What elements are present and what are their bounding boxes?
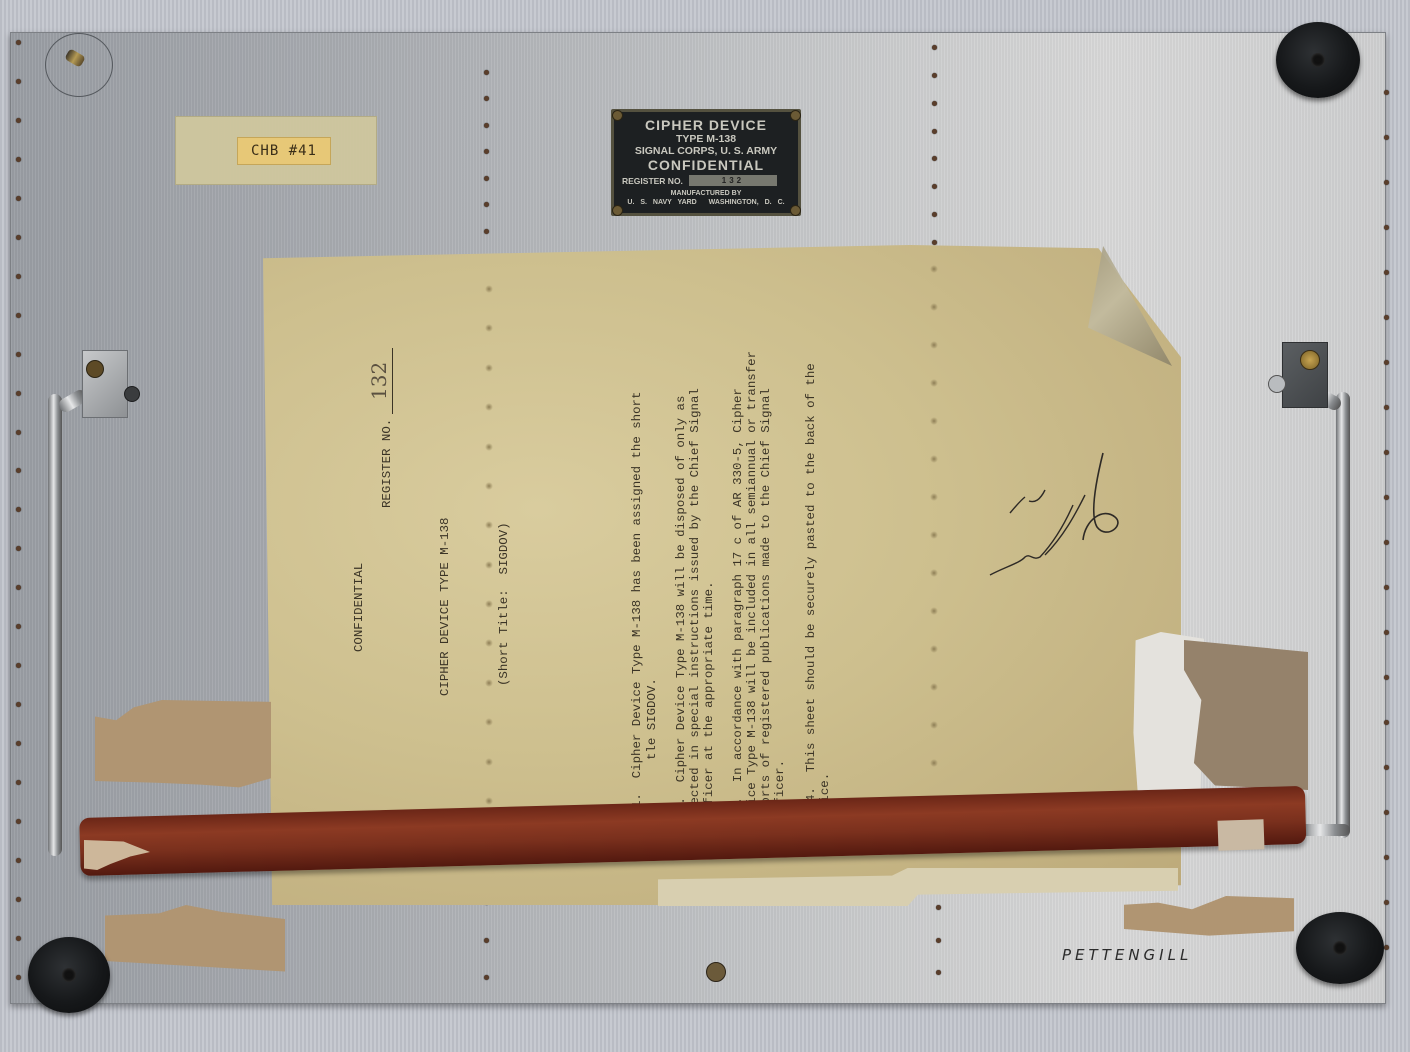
dimple-icon [930,759,938,767]
rivet-icon [1384,495,1389,500]
nameplate-title: CIPHER DEVICE [614,118,798,133]
nameplate-register-row: REGISTER NO. 132 [614,175,798,186]
screw-icon [790,110,801,121]
doc-para-2-line-1: 2. Cipher Device Type M-138 will be disp… [674,396,688,812]
rivet-icon [932,184,937,189]
nameplate-classification: CONFIDENTIAL [614,157,798,173]
bracket-screw-icon [86,360,104,378]
rivet-dimples-right [930,265,940,805]
rubber-foot-bottom-left [28,937,110,1013]
rivet-icon [1384,360,1389,365]
rivet-icon [1384,90,1389,95]
rivet-icon [1384,720,1389,725]
rivet-icon [1384,180,1389,185]
doc-para-3-line-1: 3. In accordance with paragraph 17 c of … [731,388,745,812]
rivet-icon [484,938,489,943]
rivet-icon [16,235,21,240]
rivet-icon [932,73,937,78]
rivet-icon [1384,405,1389,410]
nameplate-type: TYPE M-138 [614,133,798,145]
rivet-dimples-left [485,285,495,805]
rivet-icon [16,430,21,435]
dimple-icon [485,403,493,411]
rivet-icon [16,819,21,824]
rivet-icon [16,741,21,746]
rivet-icon [1384,900,1389,905]
doc-classification: CONFIDENTIAL [352,563,366,652]
screw-icon [790,205,801,216]
foot-hub-icon [62,968,76,982]
rubber-foot-bottom-right [1296,912,1384,984]
rivet-icon [16,780,21,785]
rivet-icon [1384,765,1389,770]
rivet-icon [16,936,21,941]
rivet-icon [936,938,941,943]
doc-para-2-line-2: rected in special instructions issued by… [688,388,702,812]
dimple-icon [930,303,938,311]
dimple-icon [930,607,938,615]
rivet-column-right [1384,90,1389,950]
dimple-icon [930,417,938,425]
register-underline [392,348,393,414]
nameplate-register-value: 132 [689,175,777,186]
doc-register-label: REGISTER NO. [380,419,394,508]
rivet-icon [1384,135,1389,140]
rivet-icon [16,313,21,318]
thumb-screw-icon [1268,375,1286,393]
dimple-icon [485,679,493,687]
dimple-icon [485,364,493,372]
rivet-icon [484,96,489,101]
dimple-icon [485,758,493,766]
dimple-icon [930,265,938,273]
rivet-icon [932,101,937,106]
rivet-icon [932,156,937,161]
slotted-screw-icon [706,962,726,982]
rivet-icon [484,202,489,207]
rivet-icon [932,45,937,50]
rivet-icon [484,975,489,980]
rivet-icon [16,274,21,279]
pencil-inscription: PETTENGILL [1062,946,1192,964]
rivet-icon [1384,810,1389,815]
doc-para-1-line-1: 1. Cipher Device Type M-138 has been ass… [630,392,644,808]
bracket-screw-icon [1300,350,1320,370]
rivet-icon [16,585,21,590]
signature [985,445,1135,585]
doc-para-4-line-1: 4. This sheet should be securely pasted … [804,363,818,802]
screw-icon [612,205,623,216]
rivet-column-left [16,40,21,980]
rivet-icon [1384,630,1389,635]
rivet-icon [16,702,21,707]
rivet-icon [484,123,489,128]
rivet-icon [1384,675,1389,680]
rivet-icon [16,546,21,551]
rivet-icon [16,975,21,980]
dimple-icon [485,600,493,608]
nameplate-maker-city: WASHINGTON, D. C. [709,199,785,206]
dimple-icon [930,531,938,539]
dimple-icon [930,341,938,349]
rivet-icon [16,507,21,512]
rivet-icon [16,897,21,902]
rivet-icon [1384,855,1389,860]
dimple-icon [485,639,493,647]
handle-tape-patch [1217,819,1264,851]
nameplate: CIPHER DEVICE TYPE M-138 SIGNAL CORPS, U… [611,109,801,216]
thumb-screw-icon [124,386,140,402]
doc-short-title: (Short Title: SIGDOV) [497,522,511,686]
doc-title: CIPHER DEVICE TYPE M-138 [438,518,452,696]
nameplate-manufactured-by: MANUFACTURED BY [614,189,798,198]
rubber-foot-top-right [1276,22,1360,98]
rivet-column-2 [484,70,489,260]
dimple-icon [485,797,493,805]
rivet-icon [936,970,941,975]
rivet-icon [484,229,489,234]
rivet-icon [932,129,937,134]
dimple-icon [485,482,493,490]
dimple-icon [485,443,493,451]
doc-para-2-line-3: fficer at the appropriate time. [702,581,716,812]
rivet-icon [484,176,489,181]
screw-icon [612,110,623,121]
rivet-icon [16,118,21,123]
rivet-icon [16,391,21,396]
chb-label: CHB #41 [237,137,331,165]
rivet-icon [1384,315,1389,320]
doc-para-3-line-2: vice Type M-138 will be included in all … [745,351,759,812]
rivet-icon [1384,585,1389,590]
dimple-icon [485,521,493,529]
rivet-icon [16,468,21,473]
rivet-icon [1384,945,1389,950]
nameplate-maker: U. S. NAVY YARD WASHINGTON, D. C. [614,198,798,207]
dimple-icon [930,493,938,501]
rivet-column-3 [932,45,937,245]
nameplate-maker-name: U. S. NAVY YARD [627,199,696,206]
rivet-icon [932,212,937,217]
dimple-icon [485,285,493,293]
doc-register-value: 132 [372,362,386,400]
rivet-icon [16,40,21,45]
rivet-icon [16,858,21,863]
dimple-icon [930,721,938,729]
dimple-icon [930,569,938,577]
foot-hub-icon [1333,941,1347,955]
handle-rod-left [48,394,62,856]
rivet-icon [16,157,21,162]
rivet-icon [1384,450,1389,455]
rivet-icon [16,352,21,357]
nameplate-register-label: REGISTER NO. [622,176,683,186]
dimple-icon [485,324,493,332]
dimple-icon [930,683,938,691]
dimple-icon [485,561,493,569]
rivet-icon [484,70,489,75]
handle-rod-right-foot [1300,824,1350,836]
rivet-icon [1384,540,1389,545]
tape-fragment-right [1184,640,1308,790]
rivet-icon [16,663,21,668]
dimple-icon [485,718,493,726]
dimple-icon [930,455,938,463]
rivet-icon [1384,270,1389,275]
doc-para-3-line-3: ports of registered publications made to… [759,388,773,812]
nameplate-corps: SIGNAL CORPS, U. S. ARMY [614,145,798,157]
rivet-column-bottom-3 [936,905,941,975]
rivet-column-bottom-2 [484,900,489,980]
foot-hub-icon [1311,53,1325,67]
rivet-icon [1384,225,1389,230]
handle-bracket-left [82,350,128,418]
rivet-icon [484,149,489,154]
rivet-icon [16,196,21,201]
rivet-icon [936,905,941,910]
dimple-icon [930,645,938,653]
rivet-icon [16,624,21,629]
rivet-icon [16,79,21,84]
rivet-icon [932,240,937,245]
handle-rod-right [1336,392,1350,838]
doc-para-1-line-2: tle SIGDOV. [645,678,659,760]
dimple-icon [930,379,938,387]
